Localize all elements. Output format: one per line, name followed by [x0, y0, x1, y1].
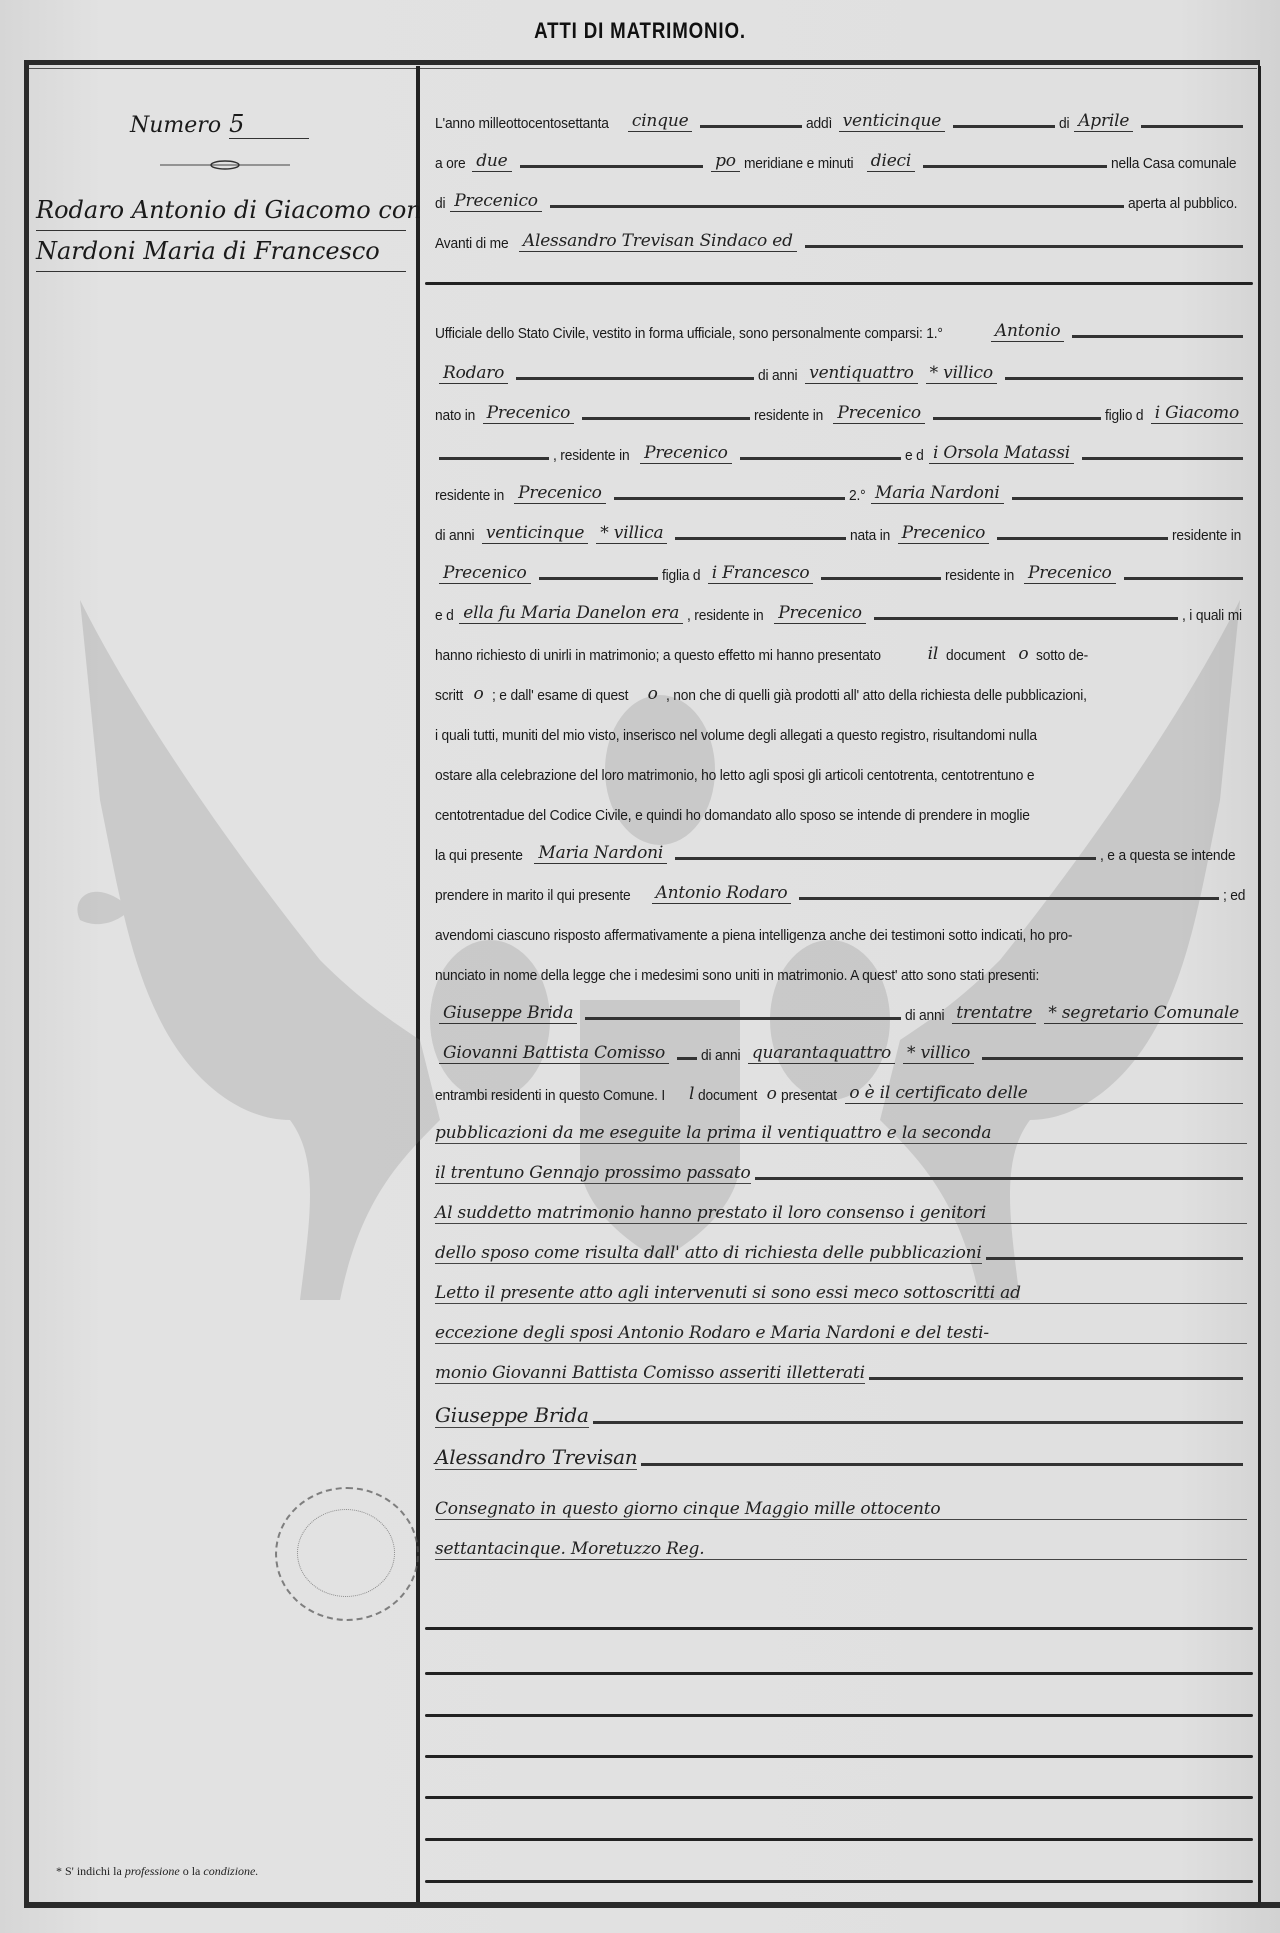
blank-rule	[425, 282, 1253, 285]
handwritten-line: eccezione degli sposi Antonio Rodaro e M…	[435, 1314, 1247, 1344]
frame-right-edge	[1258, 66, 1261, 1906]
day-field: venticinque	[839, 111, 945, 132]
month-field: Aprile	[1074, 111, 1133, 132]
line-text-17: centotrentadue del Codice Civile, e quin…	[435, 794, 1247, 824]
handwritten-line: pubblicazioni da me eseguite la prima il…	[435, 1114, 1247, 1144]
blank-rule	[425, 1880, 1253, 1883]
signature-witness: Giuseppe Brida	[435, 1398, 1247, 1428]
blank-rule	[425, 1672, 1253, 1675]
line-bride-mother: e d ella fu Maria Danelon era , resident…	[435, 594, 1247, 624]
page-title: ATTI DI MATRIMONIO.	[96, 18, 1184, 44]
ornament-divider-icon	[160, 160, 290, 170]
line-witness-1: Giuseppe Brida di anni trentatre * segre…	[435, 994, 1247, 1024]
footnote: * S' indichi la professione o la condizi…	[56, 1864, 258, 1879]
groom-name: Rodaro Antonio di Giacomo con	[36, 190, 406, 231]
handwritten-line: monio Giovanni Battista Comisso asseriti…	[435, 1354, 1247, 1384]
line-text-15: i quali tutti, muniti del mio visto, ins…	[435, 714, 1247, 744]
line-bride-parent: Precenico figlia d i Francesco residente…	[435, 554, 1247, 584]
frame-inner-rule	[29, 68, 1257, 69]
spouses-names: Rodaro Antonio di Giacomo con Nardoni Ma…	[36, 190, 406, 272]
handwritten-line: il trentuno Gennajo prossimo passato	[435, 1154, 1247, 1184]
handwritten-line: dello sposo come risulta dall' atto di r…	[435, 1234, 1247, 1264]
year-field: cinque	[628, 111, 693, 132]
blank-rule	[425, 1627, 1253, 1630]
numero-value: 5	[229, 110, 309, 139]
line-text-16: ostare alla celebrazione del loro matrim…	[435, 754, 1247, 784]
line-groom-parents: , residente in Precenico e d i Orsola Ma…	[435, 434, 1247, 464]
frame-bottom-rule	[24, 1902, 1280, 1908]
line-text-21: nunciato in nome della legge che i medes…	[435, 954, 1247, 984]
line-witness-2: Giovanni Battista Comisso di anni quaran…	[435, 1034, 1247, 1064]
line-date: L'anno milleottocentosettanta cinque add…	[435, 102, 1247, 132]
line-bride-present: la qui presente Maria Nardoni , e a ques…	[435, 834, 1247, 864]
blank-rule	[425, 1755, 1253, 1758]
document-page: ATTI DI MATRIMONIO. Numero5 Rodaro Anton…	[0, 0, 1280, 1933]
line-time: a ore due po meridiane e minuti dieci ne…	[435, 142, 1247, 172]
line-exam: scritt o ; e dall' esame di quest o , no…	[435, 674, 1247, 704]
handwritten-line: Al suddetto matrimonio hanno prestato il…	[435, 1194, 1247, 1224]
record-number: Numero5	[130, 110, 309, 139]
line-documents: entrambi residenti in questo Comune. I l…	[435, 1074, 1247, 1104]
municipal-seal-stamp-icon	[275, 1487, 419, 1621]
line-officer: Avanti di me Alessandro Trevisan Sindaco…	[435, 222, 1247, 252]
bride-name: Nardoni Maria di Francesco	[36, 231, 406, 272]
blank-rule	[425, 1838, 1253, 1841]
line-request: hanno richiesto di unirli in matrimonio;…	[435, 634, 1247, 664]
blank-rule	[425, 1796, 1253, 1799]
annotation-line: settantacinque. Moretuzzo Reg.	[435, 1530, 1247, 1560]
handwritten-line: Letto il presente atto agli intervenuti …	[435, 1274, 1247, 1304]
annotation-line: Consegnato in questo giorno cinque Maggi…	[435, 1490, 1247, 1520]
blank-rule	[425, 1714, 1253, 1717]
signature-mayor: Alessandro Trevisan	[435, 1440, 1247, 1470]
column-divider	[416, 66, 420, 1904]
numero-label: Numero	[130, 113, 221, 138]
line-groom: Rodaro di anni ventiquattro * villico	[435, 354, 1247, 384]
line-bride: residente in Precenico 2.° Maria Nardoni	[435, 474, 1247, 504]
line-place: di Precenico aperta al pubblico.	[435, 182, 1247, 212]
line-groom-birth: nato in Precenico residente in Precenico…	[435, 394, 1247, 424]
line-text-20: avendomi ciascuno risposto affermativame…	[435, 914, 1247, 944]
line-bride-age: di anni venticinque * villica nata in Pr…	[435, 514, 1247, 544]
line-appeared: Ufficiale dello Stato Civile, vestito in…	[435, 312, 1247, 342]
line-groom-present: prendere in marito il qui presente Anton…	[435, 874, 1247, 904]
